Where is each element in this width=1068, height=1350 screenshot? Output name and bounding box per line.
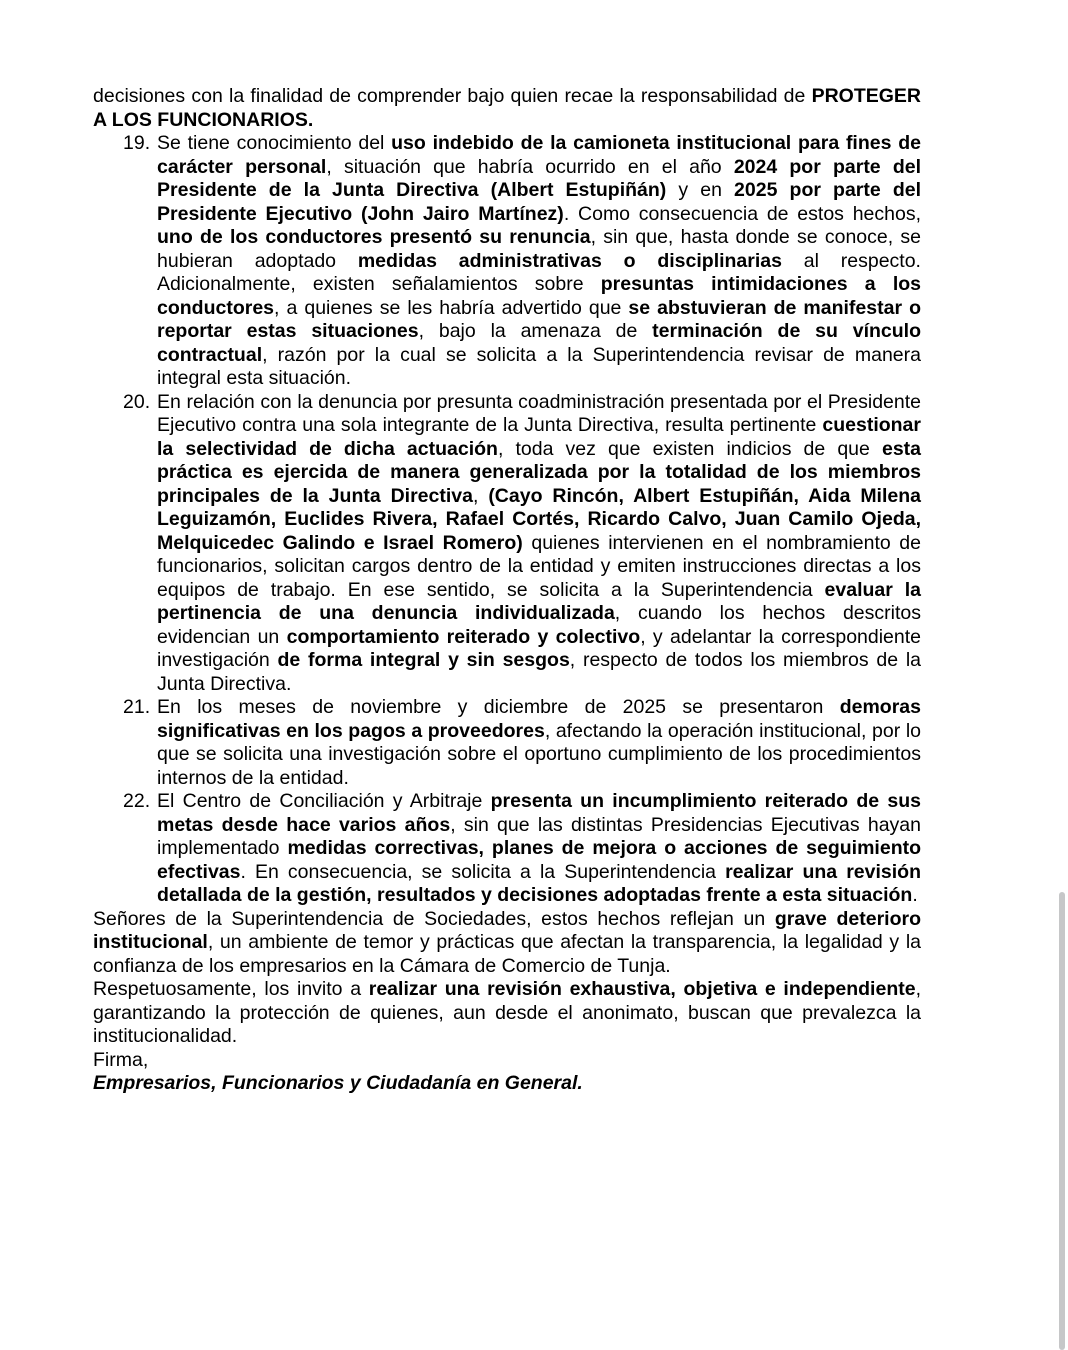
paragraph-closing-respetuosamente: Respetuosamente, los invito a realizar u… xyxy=(93,978,921,1049)
document-content: decisiones con la finalidad de comprende… xyxy=(93,85,921,1096)
list-number-20: 20. xyxy=(123,391,150,415)
list-item-21: 21. En los meses de noviembre y diciembr… xyxy=(157,696,921,790)
list-number-19: 19. xyxy=(123,132,150,156)
text-run: En relación con la denuncia por presunta… xyxy=(157,391,921,437)
scrollbar-thumb[interactable] xyxy=(1059,892,1065,1350)
bold-text-run: uno de los conductores presentó su renun… xyxy=(157,226,591,248)
list-number-21: 21. xyxy=(123,696,150,720)
text-run: En los meses de noviembre y diciembre de… xyxy=(157,696,840,718)
bold-text-run: comportamiento reiterado y colectivo xyxy=(287,626,641,648)
list-item-20-text: En relación con la denuncia por presunta… xyxy=(157,391,921,697)
text-run: . xyxy=(912,884,917,906)
text-run: El Centro de Conciliación y Arbitraje xyxy=(157,790,491,812)
text-run: , toda vez que existen indicios de que xyxy=(498,438,882,460)
text-run: Respetuosamente, los invito a xyxy=(93,978,369,1000)
signature-name: Empresarios, Funcionarios y Ciudadanía e… xyxy=(93,1072,921,1096)
signature-label: Firma, xyxy=(93,1049,921,1073)
text-run: decisiones con la finalidad de comprende… xyxy=(93,85,812,107)
list-item-20: 20. En relación con la denuncia por pres… xyxy=(157,391,921,697)
text-run: , bajo la amenaza de xyxy=(419,320,653,342)
bold-text-run: medidas administrativas o disciplinarias xyxy=(358,250,782,272)
list-item-22: 22. El Centro de Conciliación y Arbitraj… xyxy=(157,790,921,908)
text-run: . En consecuencia, se solicita a la Supe… xyxy=(240,861,725,883)
text-run: , a quienes se les habría advertido que xyxy=(274,297,628,319)
text-run: , situación que habría ocurrido en el añ… xyxy=(326,156,733,178)
text-run: y en xyxy=(666,179,734,201)
document-page: decisiones con la finalidad de comprende… xyxy=(0,0,1068,1350)
list-number-22: 22. xyxy=(123,790,150,814)
text-run: Señores de la Superintendencia de Socied… xyxy=(93,908,775,930)
list-item-19-text: Se tiene conocimiento del uso indebido d… xyxy=(157,132,921,391)
paragraph-item18-continuation: decisiones con la finalidad de comprende… xyxy=(93,85,921,132)
list-item-19: 19. Se tiene conocimiento del uso indebi… xyxy=(157,132,921,391)
bold-text-run: realizar una revisión exhaustiva, objeti… xyxy=(369,978,916,1000)
list-item-22-text: El Centro de Conciliación y Arbitraje pr… xyxy=(157,790,921,908)
paragraph-closing-superintendencia: Señores de la Superintendencia de Socied… xyxy=(93,908,921,979)
text-run: , razón por la cual se solicita a la Sup… xyxy=(157,344,921,390)
text-run: , xyxy=(473,485,488,507)
text-run: Se tiene conocimiento del xyxy=(157,132,391,154)
text-run: , un ambiente de temor y prácticas que a… xyxy=(93,931,921,977)
text-run: . Como consecuencia de estos hechos, xyxy=(564,203,921,225)
bold-text-run: de forma integral y sin sesgos xyxy=(277,649,569,671)
list-item-21-text: En los meses de noviembre y diciembre de… xyxy=(157,696,921,790)
